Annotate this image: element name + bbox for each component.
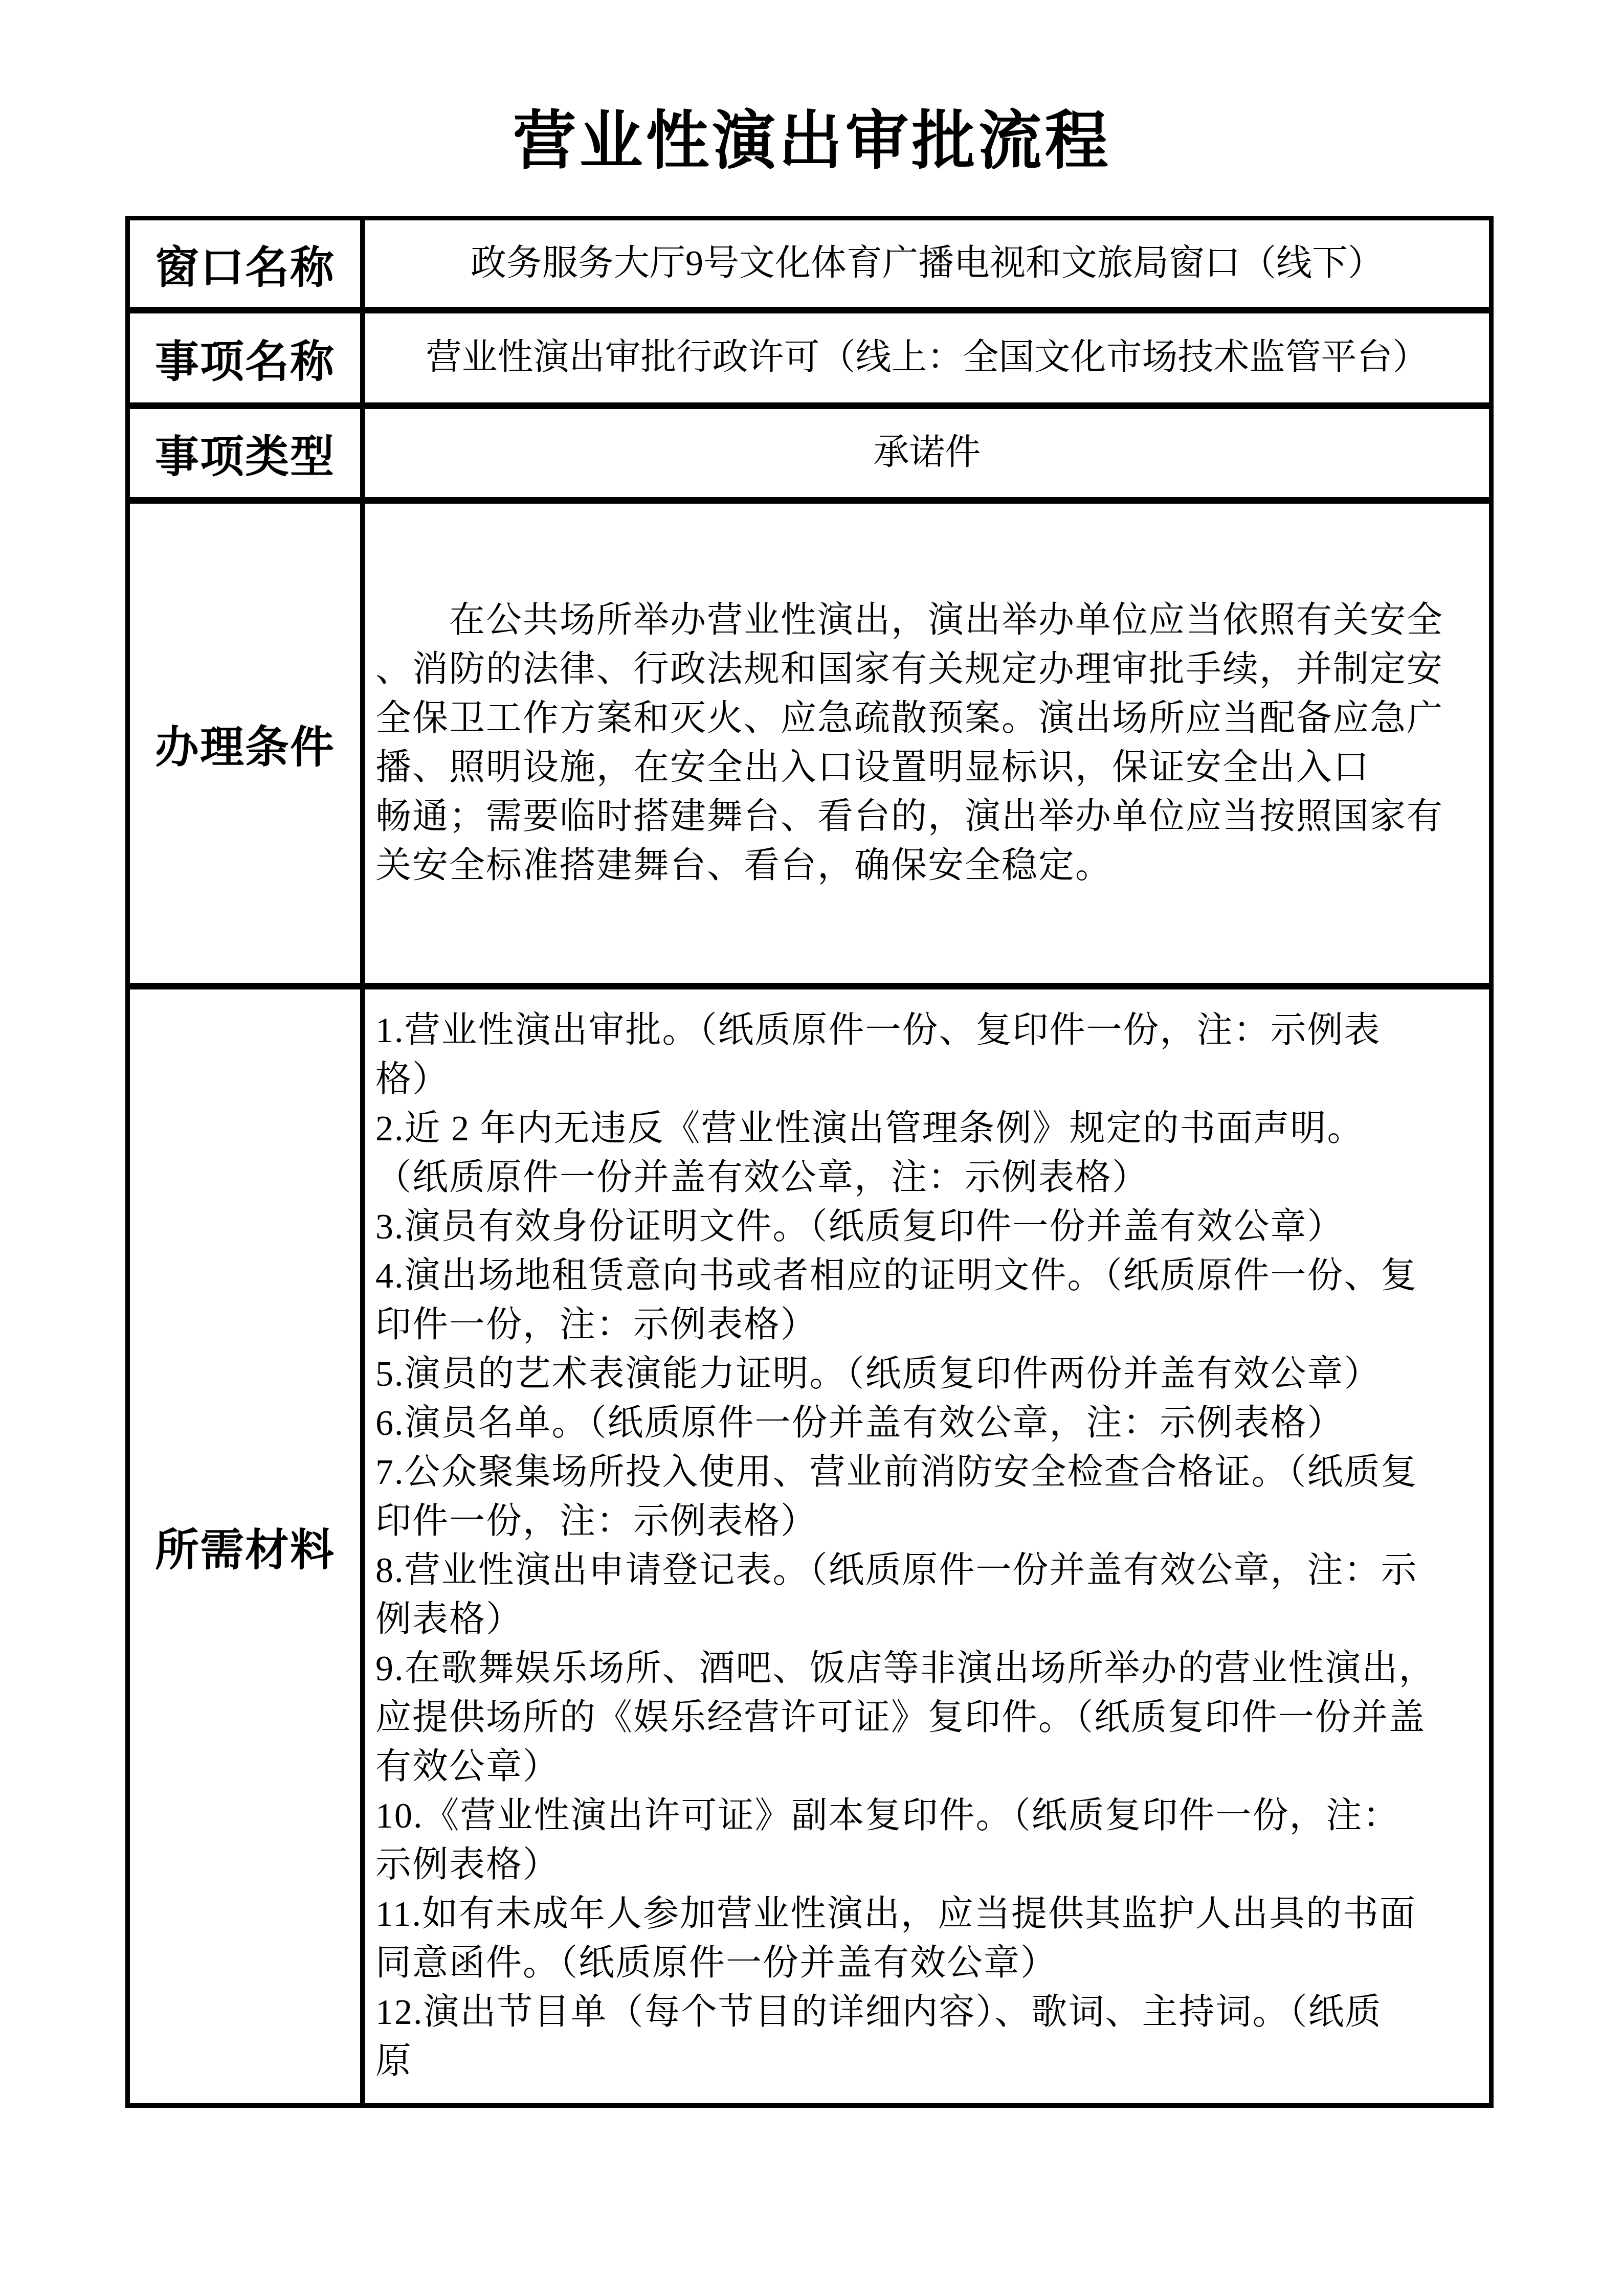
text-line: 印件一份，注：示例表格） <box>375 1301 1472 1350</box>
table-row-item-name: 事项名称 营业性演出审批行政许可（线上：全国文化市场技术监管平台） <box>130 313 1489 409</box>
row-label-item-type: 事项类型 <box>130 409 365 497</box>
text-line: 示例表格） <box>375 1841 1472 1890</box>
text-line: 同意函件。（纸质原件一份并盖有效公章） <box>375 1939 1472 1988</box>
text-line: 6.演员名单。（纸质原件一份并盖有效公章，注：示例表格） <box>375 1399 1472 1448</box>
row-label-conditions: 办理条件 <box>130 504 365 983</box>
text-line: 11.如有未成年人参加营业性演出，应当提供其监护人出具的书面 <box>375 1890 1472 1939</box>
text-line: 2.近 2 年内无违反《营业性演出管理条例》规定的书面声明。 <box>375 1105 1472 1154</box>
text-line: 、消防的法律、行政法规和国家有关规定办理审批手续，并制定安 <box>375 645 1472 694</box>
text-line: 关安全标准搭建舞台、看台，确保安全稳定。 <box>375 842 1472 891</box>
text-line: 8.营业性演出申请登记表。（纸质原件一份并盖有效公章，注：示 <box>375 1546 1472 1595</box>
text-line: 4.演出场地租赁意向书或者相应的证明文件。（纸质原件一份、复 <box>375 1252 1472 1301</box>
row-value-item-type: 承诺件 <box>365 409 1489 497</box>
text-line: 3.演员有效身份证明文件。（纸质复印件一份并盖有效公章） <box>375 1203 1472 1252</box>
text-line: 在公共场所举办营业性演出，演出举办单位应当依照有关安全 <box>375 596 1472 645</box>
row-value-item-name: 营业性演出审批行政许可（线上：全国文化市场技术监管平台） <box>365 313 1489 402</box>
text-line: 例表格） <box>375 1595 1472 1645</box>
text-line: 应提供场所的《娱乐经营许可证》复印件。（纸质复印件一份并盖 <box>375 1694 1472 1743</box>
text-line: 9.在歌舞娱乐场所、酒吧、饭店等非演出场所举办的营业性演出， <box>375 1645 1472 1694</box>
text-line: 原 <box>375 2037 1472 2086</box>
text-line: 播、照明设施，在安全出入口设置明显标识，保证安全出入口 <box>375 744 1472 793</box>
table-row-required-materials: 所需材料 1.营业性演出审批。（纸质原件一份、复印件一份，注：示例表格）2.近 … <box>130 989 1489 2103</box>
document-title: 营业性演出审批流程 <box>0 108 1624 175</box>
text-line: 格） <box>375 1055 1472 1105</box>
row-value-window-name: 政务服务大厅9号文化体育广播电视和文旅局窗口（线下） <box>365 220 1489 307</box>
row-value-required-materials: 1.营业性演出审批。（纸质原件一份、复印件一份，注：示例表格）2.近 2 年内无… <box>365 989 1489 2103</box>
table-row-conditions: 办理条件 在公共场所举办营业性演出，演出举办单位应当依照有关安全、消防的法律、行… <box>130 504 1489 989</box>
table-row-window-name: 窗口名称 政务服务大厅9号文化体育广播电视和文旅局窗口（线下） <box>130 220 1489 313</box>
row-value-conditions: 在公共场所举办营业性演出，演出举办单位应当依照有关安全、消防的法律、行政法规和国… <box>365 504 1489 983</box>
text-line: 有效公章） <box>375 1743 1472 1792</box>
text-line: 印件一份，注：示例表格） <box>375 1497 1472 1546</box>
text-line: 1.营业性演出审批。（纸质原件一份、复印件一份，注：示例表 <box>375 1006 1472 1055</box>
text-line: 畅通；需要临时搭建舞台、看台的，演出举办单位应当按照国家有 <box>375 793 1472 842</box>
text-line: 全保卫工作方案和灭火、应急疏散预案。演出场所应当配备应急广 <box>375 694 1472 744</box>
text-line: 12.演出节目单（每个节目的详细内容）、歌词、主持词。（纸质 <box>375 1988 1472 2037</box>
text-line: 7.公众聚集场所投入使用、营业前消防安全检查合格证。（纸质复 <box>375 1448 1472 1497</box>
row-label-window-name: 窗口名称 <box>130 220 365 307</box>
row-label-item-name: 事项名称 <box>130 313 365 402</box>
text-line: 5.演员的艺术表演能力证明。（纸质复印件两份并盖有效公章） <box>375 1350 1472 1399</box>
text-line: （纸质原件一份并盖有效公章，注：示例表格） <box>375 1154 1472 1203</box>
conditions-text-block: 在公共场所举办营业性演出，演出举办单位应当依照有关安全、消防的法律、行政法规和国… <box>375 596 1472 891</box>
required-materials-text-block: 1.营业性演出审批。（纸质原件一份、复印件一份，注：示例表格）2.近 2 年内无… <box>375 1006 1472 2086</box>
approval-process-table: 窗口名称 政务服务大厅9号文化体育广播电视和文旅局窗口（线下） 事项名称 营业性… <box>125 216 1494 2108</box>
table-row-item-type: 事项类型 承诺件 <box>130 409 1489 504</box>
text-line: 10.《营业性演出许可证》副本复印件。（纸质复印件一份，注： <box>375 1792 1472 1841</box>
row-label-required-materials: 所需材料 <box>130 989 365 2103</box>
document-page: 营业性演出审批流程 窗口名称 政务服务大厅9号文化体育广播电视和文旅局窗口（线下… <box>0 0 1624 2296</box>
